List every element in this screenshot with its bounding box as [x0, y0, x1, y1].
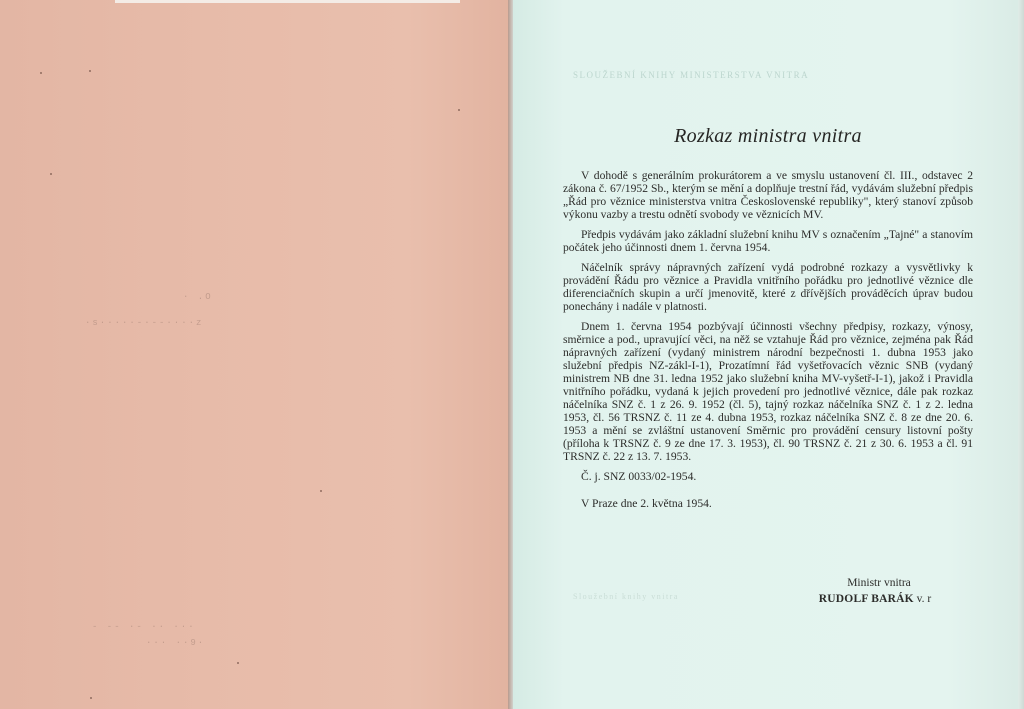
bleed-through-header: Sloužební knihy ministerstva vnitra — [573, 70, 833, 80]
paper-speck — [90, 697, 92, 699]
paragraph: V dohodě s generálním prokurátorem a ve … — [563, 169, 973, 221]
paper-speck — [320, 490, 322, 492]
paragraph: Náčelník správy nápravných zařízení vydá… — [563, 261, 973, 313]
signatory-name-line: RUDOLF BARÁK v. r — [795, 593, 955, 605]
bleed-through-footer: Sloužební knihy vnitra — [573, 592, 679, 601]
signatory-role: Ministr vnitra — [803, 577, 955, 589]
reference-number: Č. j. SNZ 0033/02-1954. — [563, 470, 973, 483]
paragraph: Předpis vydávám jako základní služební k… — [563, 228, 973, 254]
page-top-strip — [115, 0, 460, 3]
signature-block: Ministr vnitra RUDOLF BARÁK v. r — [795, 577, 955, 605]
paper-speck — [237, 662, 239, 664]
paper-speck — [40, 72, 42, 74]
paper-speck — [458, 109, 460, 111]
book-spread: · .O ·s·····-·--····z - -- ·- ·· ··· ···… — [0, 0, 1024, 709]
signatory-name: RUDOLF BARÁK — [819, 593, 914, 605]
right-page: Sloužební knihy ministerstva vnitra Slou… — [513, 0, 1024, 709]
faint-mark: ·s·····-·--····z — [85, 318, 203, 328]
left-page-blank: · .O ·s·····-·--····z - -- ·- ·· ··· ···… — [0, 0, 510, 709]
signature-suffix: v. r — [917, 593, 932, 605]
paper-speck — [89, 70, 91, 72]
paper-speck — [50, 173, 52, 175]
faint-mark: - -- ·- ·· ··· — [92, 622, 196, 632]
place-and-date: V Praze dne 2. května 1954. — [563, 497, 973, 510]
order-document: Rozkaz ministra vnitra V dohodě s generá… — [563, 125, 973, 510]
document-title: Rozkaz ministra vnitra — [563, 125, 973, 147]
page-edge — [1018, 0, 1024, 709]
faint-mark: · .O — [183, 292, 213, 302]
paragraph: Dnem 1. června 1954 pozbývají účinnosti … — [563, 320, 973, 463]
faint-mark: ··· ··9· — [146, 638, 205, 648]
